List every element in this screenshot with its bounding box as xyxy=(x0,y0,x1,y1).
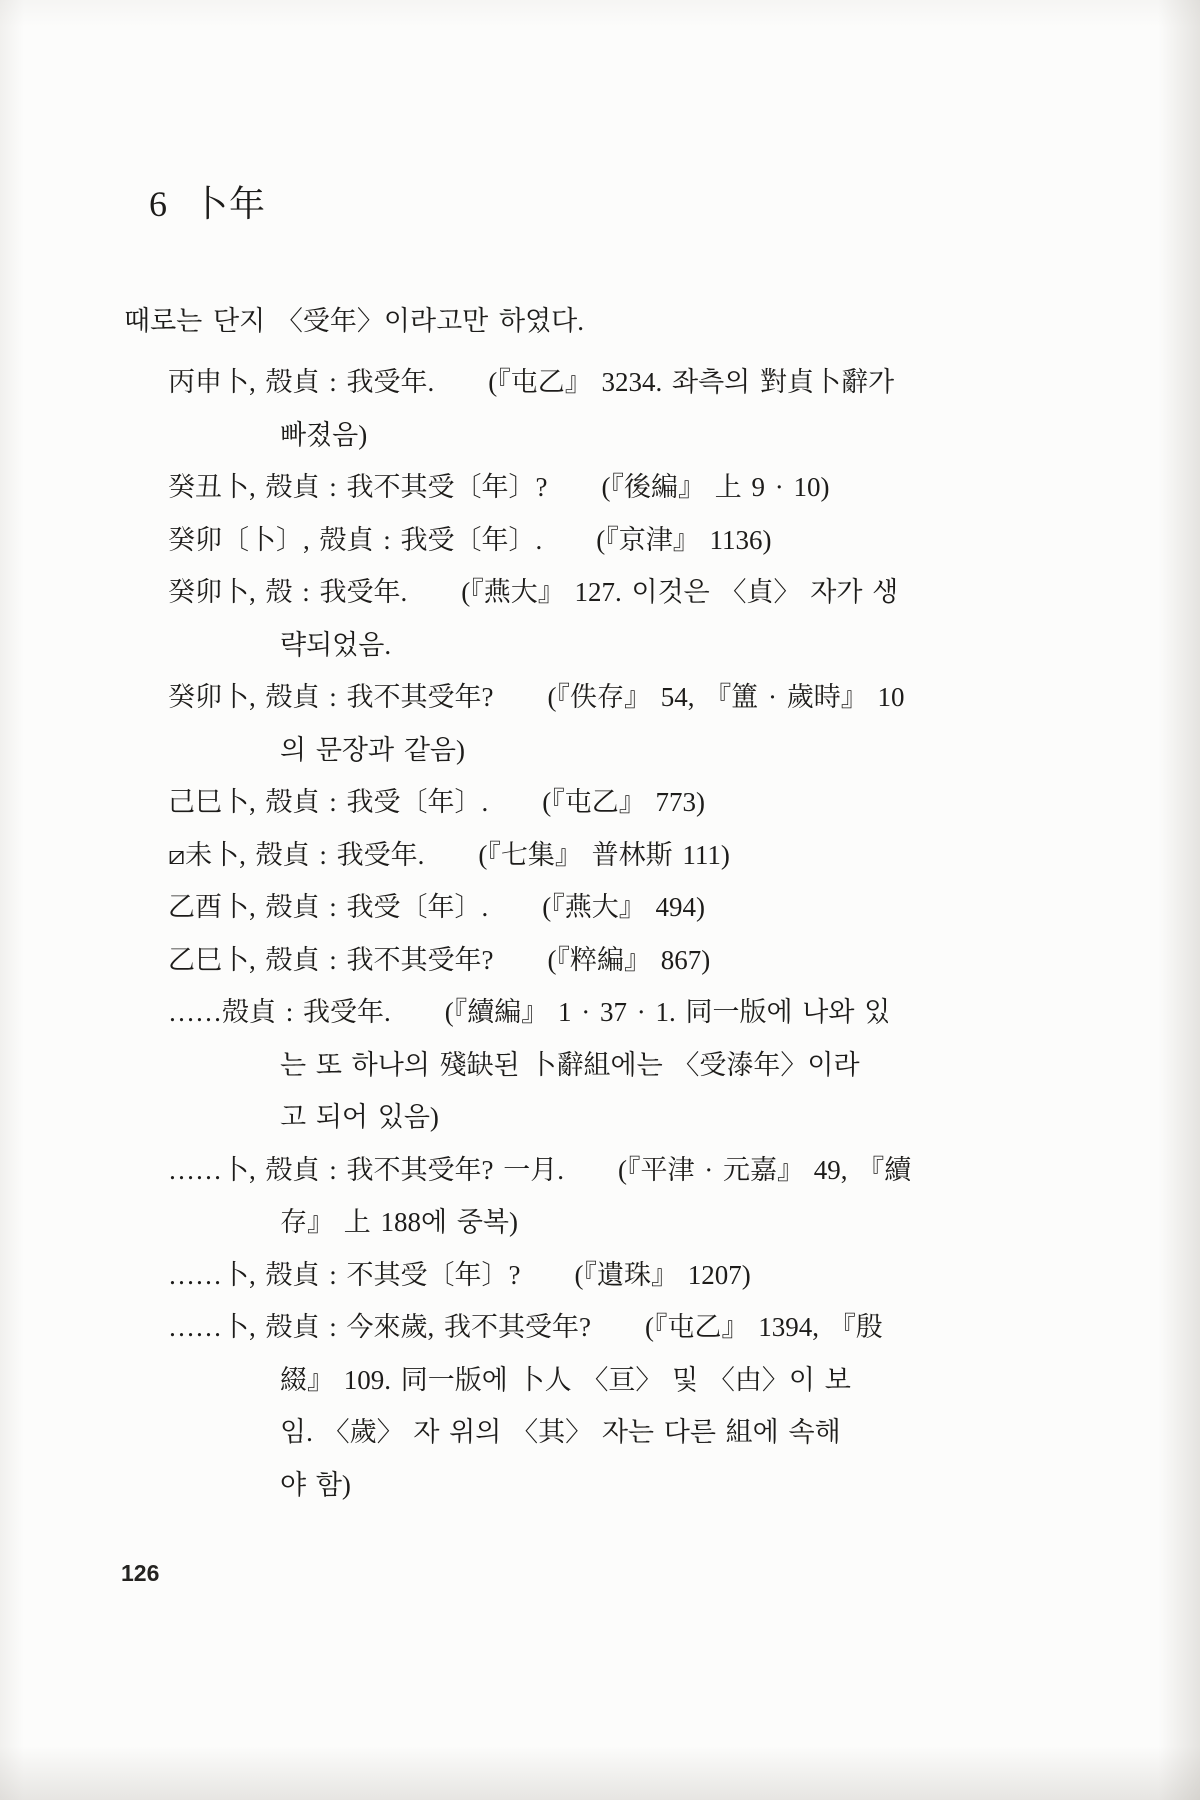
oracle-entry-line: 는 또 하나의 殘缺된 卜辭組에는 〈受溙年〉이라 xyxy=(168,1039,1128,1092)
oracle-entry-line: 임. 〈歲〉 자 위의 〈其〉 자는 다른 組에 속해 xyxy=(168,1406,1128,1459)
intro-paragraph: 때로는 단지 〈受年〉이라고만 하였다. xyxy=(124,299,584,338)
oracle-entry-line: 의 문장과 같음) xyxy=(168,724,1128,777)
oracle-entry-line: 乙酉卜, 殻貞 : 我受〔年〕. (『燕大』 494) xyxy=(168,881,1128,934)
oracle-entry-line: ……卜, 殻貞 : 不其受〔年〕? (『遺珠』 1207) xyxy=(168,1249,1128,1302)
oracle-entry-line: 丙申卜, 殻貞 : 我受年. (『屯乙』 3234. 좌측의 對貞卜辭가 xyxy=(168,356,1128,409)
oracle-entry-line: 癸卯卜, 殻貞 : 我不其受年? (『佚存』 54, 『簠 · 歲時』 10 xyxy=(168,671,1128,724)
oracle-entry-line: 야 함) xyxy=(168,1459,1128,1512)
section-title: 6卜年 xyxy=(149,176,266,227)
oracle-entry-line: 癸卯卜, 殻 : 我受年. (『燕大』 127. 이것은 〈貞〉 자가 생 xyxy=(168,566,1128,619)
oracle-entry-line: 存』 上 188에 중복) xyxy=(168,1196,1128,1249)
oracle-entry-line: 략되었음. xyxy=(168,619,1128,672)
oracle-entry-line: ……卜, 殻貞 : 今來歲, 我不其受年? (『屯乙』 1394, 『殷 xyxy=(168,1301,1128,1354)
oracle-entry-line: 己巳卜, 殻貞 : 我受〔年〕. (『屯乙』 773) xyxy=(168,776,1128,829)
book-page: 6卜年 때로는 단지 〈受年〉이라고만 하였다. 丙申卜, 殻貞 : 我受年. … xyxy=(0,0,1200,1800)
oracle-entry-line: 癸卯〔卜〕, 殻貞 : 我受〔年〕. (『京津』 1136) xyxy=(168,514,1128,567)
page-number: 126 xyxy=(121,1560,159,1587)
section-number: 6 xyxy=(149,184,168,224)
oracle-entry-line: 빠졌음) xyxy=(168,409,1128,462)
oracle-entries-list: 丙申卜, 殻貞 : 我受年. (『屯乙』 3234. 좌측의 對貞卜辭가 빠졌음… xyxy=(168,356,1128,1511)
section-title-text: 卜年 xyxy=(192,184,266,224)
oracle-entry-line: ⧄未卜, 殻貞 : 我受年. (『七集』 普林斯 111) xyxy=(168,829,1128,882)
oracle-entry-line: 고 되어 있음) xyxy=(168,1091,1128,1144)
oracle-entry-line: 癸丑卜, 殻貞 : 我不其受〔年〕? (『後編』 上 9 · 10) xyxy=(168,461,1128,514)
oracle-entry-line: 綴』 109. 同一版에 卜人 〈亘〉 및 〈甴〉이 보 xyxy=(168,1354,1128,1407)
oracle-entry-line: 乙巳卜, 殻貞 : 我不其受年? (『粹編』 867) xyxy=(168,934,1128,987)
oracle-entry-line: ……殻貞 : 我受年. (『續編』 1 · 37 · 1. 同一版에 나와 있 xyxy=(168,986,1128,1039)
oracle-entry-line: ……卜, 殻貞 : 我不其受年? 一月. (『平津 · 元嘉』 49, 『續 xyxy=(168,1144,1128,1197)
